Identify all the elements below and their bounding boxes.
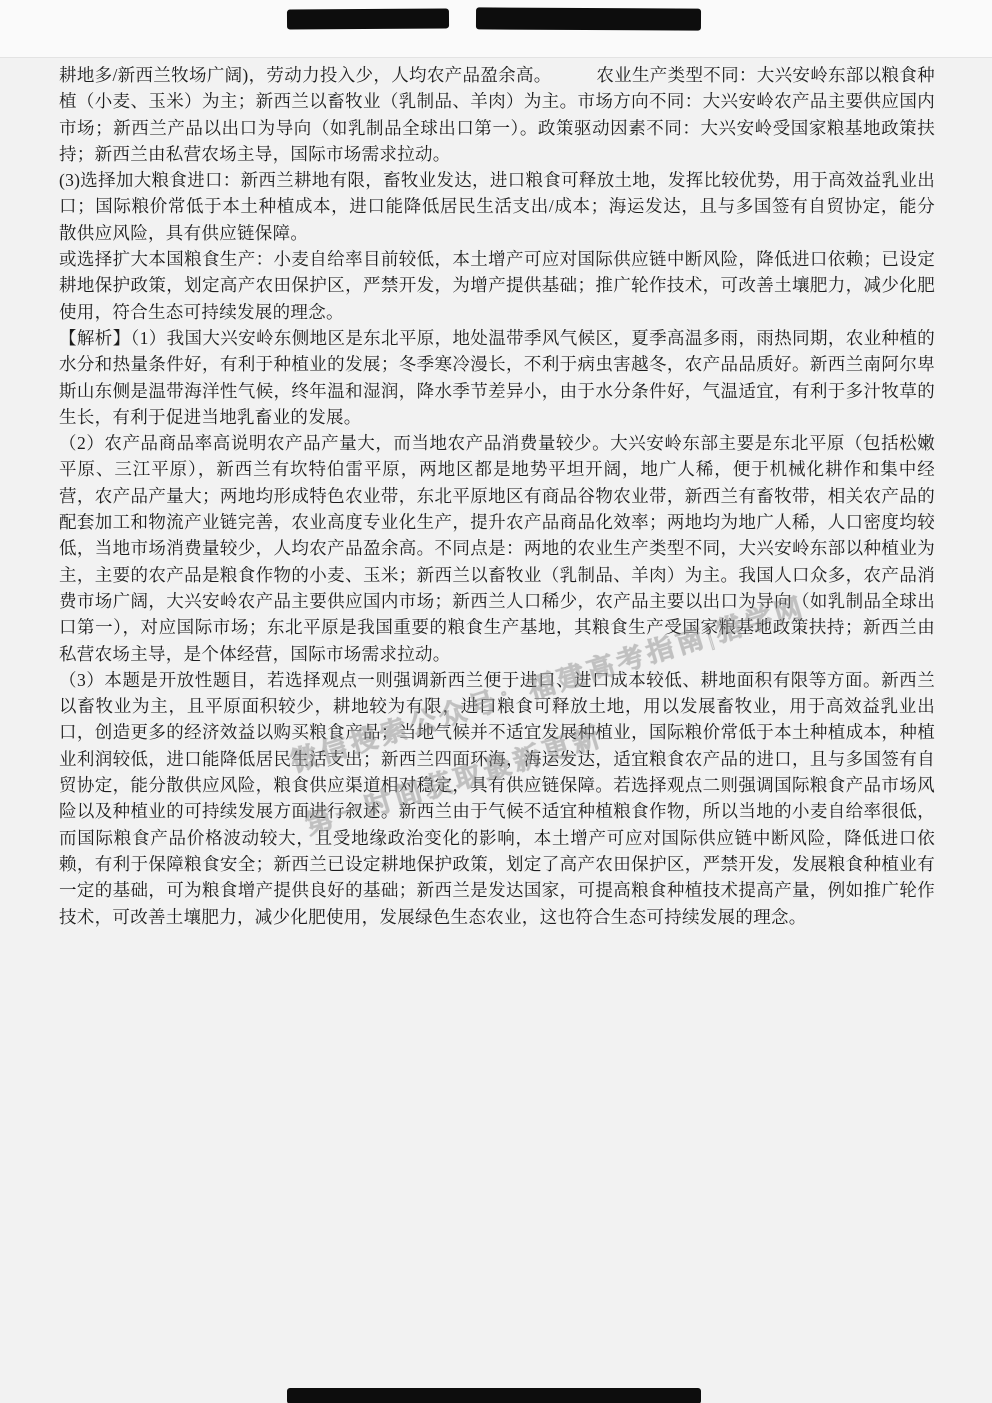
paragraph-answer-3-option-domestic: 或选择扩大本国粮食生产：小麦自给率目前较低，本土增产可应对国际供应链中断风险，降… (59, 246, 935, 325)
redaction-mark-top-left (287, 8, 449, 29)
paragraph-analysis-1: 【解析】（1）我国大兴安岭东侧地区是东北平原，地处温带季风气候区，夏季高温多雨，… (59, 325, 935, 430)
paragraph-answer-3-option-import: (3)选择加大粮食进口：新西兰耕地有限，畜牧业发达，进口粮食可释放土地，发挥比较… (59, 167, 935, 246)
document-body: 耕地多/新西兰牧场广阔)，劳动力投入少，人均农产品盈余高。 农业生产类型不同：大… (59, 62, 935, 930)
redaction-mark-top-right (476, 7, 701, 30)
paragraph-analysis-2: （2）农产品商品率高说明农产品产量大，而当地农产品消费量较少。大兴安岭东部主要是… (59, 430, 935, 667)
paragraph-analysis-3: （3）本题是开放性题目，若选择观点一则强调新西兰便于进口、进口成本较低、耕地面积… (59, 667, 935, 930)
paragraph-answer-2-continued: 耕地多/新西兰牧场广阔)，劳动力投入少，人均农产品盈余高。 农业生产类型不同：大… (59, 62, 935, 167)
redaction-mark-bottom (287, 1388, 701, 1403)
